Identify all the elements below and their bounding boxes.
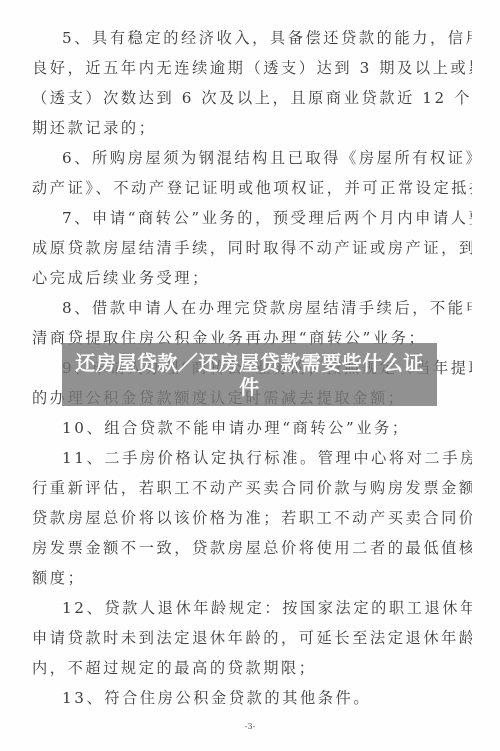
document-line: 10、组合贷款不能申请办理“商转公”业务； <box>62 418 472 438</box>
document-line: 贷款房屋总价将以该价格为准；若职工不动产买卖合同价款与购 <box>32 508 472 528</box>
document-line: 内，不超过规定的最高的贷款期限； <box>32 658 472 678</box>
document-line: 5、具有稳定的经济收入，具备偿还贷款的能力，信用记录 <box>62 28 472 48</box>
document-line: 12、贷款人退休年龄规定：按国家法定的职工退休年龄为准。 <box>62 598 472 618</box>
title-overlay-banner: 还房屋贷款／还房屋贷款需要些什么证件 <box>62 343 437 406</box>
document-line: 11、二手房价格认定执行标准。管理中心将对二手房价格进 <box>62 448 472 468</box>
document-line: 8、借款申请人在办理完贷款房屋结清手续后，不能申请结 <box>62 298 472 318</box>
document-line: 额度； <box>32 568 472 588</box>
document-line: 期还款记录的； <box>32 118 472 138</box>
document-line: 成原贷款房屋结清手续，同时取得不动产证或房产证，到管理中 <box>32 238 472 258</box>
document-line: 13、符合住房公积金贷款的其他条件。 <box>62 688 472 708</box>
document-line: 行重新评估，若职工不动产买卖合同价款与购房发票金额一致， <box>32 478 472 498</box>
document-line: 6、所购房屋须为钢混结构且已取得《房屋所有权证》或《不 <box>62 148 472 168</box>
overlay-title: 还房屋贷款／还房屋贷款需要些什么证件 <box>70 351 430 399</box>
document-line: （透支）次数达到 6 次及以上，且原商业贷款近 12 个月内无逾 <box>32 88 472 108</box>
document-line: 7、申请“商转公”业务的，预受理后两个月内申请人要完 <box>62 208 472 228</box>
page-number: -3- <box>0 722 500 731</box>
document-line: 心完成后续业务受理； <box>32 268 472 288</box>
document-line: 动产证》、不动产登记证明或他项权证，并可正常设定抵押权； <box>32 178 472 198</box>
document-line: 申请贷款时未到法定退休年龄的，可延长至法定退休年龄后 5 年 <box>32 628 472 648</box>
document-page: 5、具有稳定的经济收入，具备偿还贷款的能力，信用记录 良好，近五年内无连续逾期（… <box>0 0 500 751</box>
document-line: 房发票金额不一致，贷款房屋总价将使用二者的最低值核定贷款 <box>32 538 472 558</box>
document-line: 良好，近五年内无连续逾期（透支）达到 3 期及以上或累计逾期 <box>32 58 472 78</box>
